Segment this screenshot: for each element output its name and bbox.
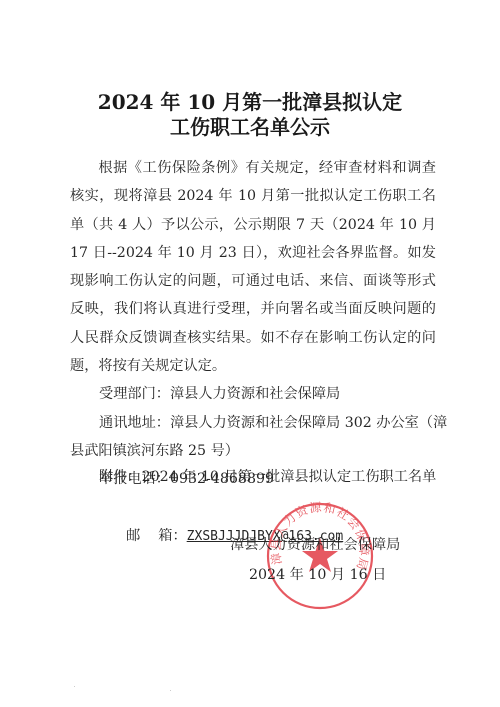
document-page: 2024 年 10 月第一批漳县拟认定 工伤职工名单公示 根据《工伤保险条例》有… [0,0,500,707]
scan-speck [170,690,171,691]
address-value-line1: 漳县人力资源和社会保障局 302 办公室（漳 [170,415,447,431]
department-value: 漳县人力资源和社会保障局 [170,386,340,402]
address-line: 通讯地址：漳县人力资源和社会保障局 302 办公室（漳 [70,409,436,437]
department-line: 受理部门：漳县人力资源和社会保障局 [70,380,436,408]
scan-speck [74,686,75,687]
signature-organization: 漳县人力资源和社会保障局 [230,534,400,554]
department-label: 受理部门： [99,386,170,402]
body-paragraph: 根据《工伤保险条例》有关规定，经审查材料和调查核实，现将漳县 2024 年 10… [70,154,436,380]
document-title-line2: 工伤职工名单公示 [0,111,500,140]
address-line-2: 县武阳镇滨河东路 25 号） [70,437,436,465]
email-label: 邮 箱： [126,528,187,544]
address-value-line2: 县武阳镇滨河东路 25 号） [70,443,239,459]
attachment-line: 附件：2024 年 10 月第一批漳县拟认定工伤职工名单 [99,466,436,486]
address-label: 通讯地址： [99,415,170,431]
document-body: 根据《工伤保险条例》有关规定，经审查材料和调查核实，现将漳县 2024 年 10… [70,154,436,579]
signature-date: 2024 年 10 月 16 日 [249,564,386,584]
